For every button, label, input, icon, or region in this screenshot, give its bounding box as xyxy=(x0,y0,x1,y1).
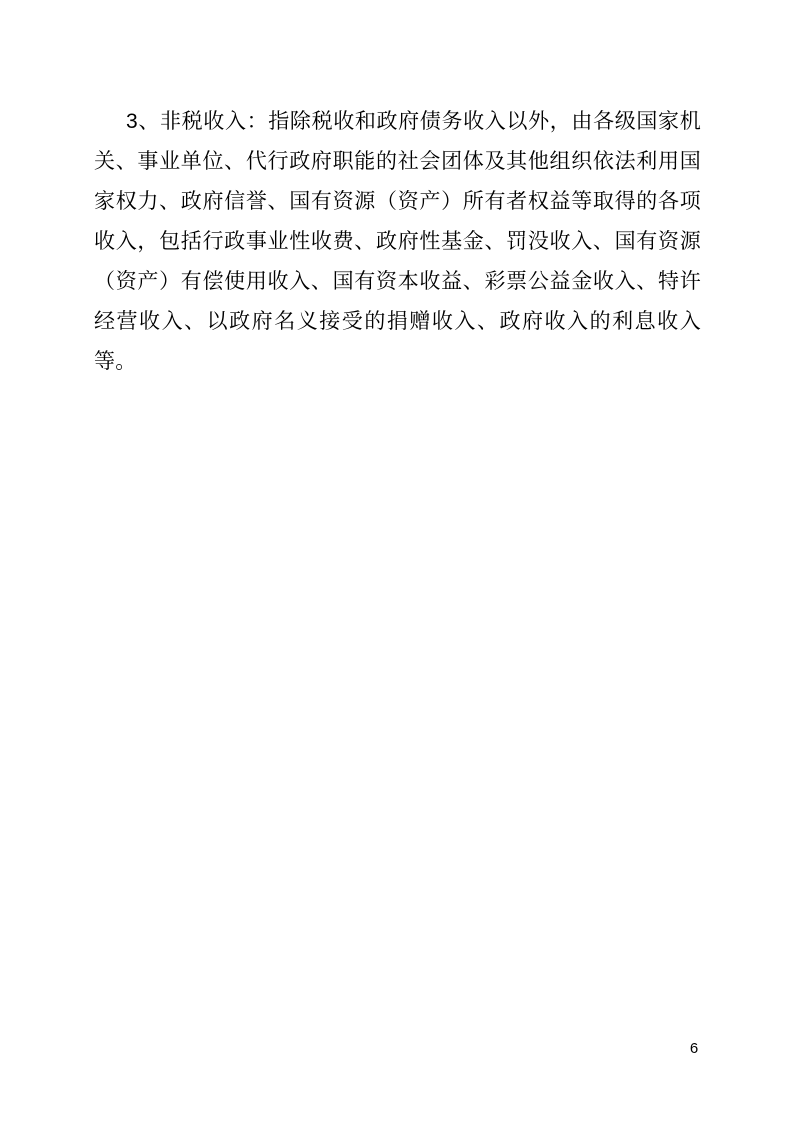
document-page: 3、非税收入：指除税收和政府债务收入以外，由各级国家机关、事业单位、代行政府职能… xyxy=(0,0,794,1123)
body-paragraph: 3、非税收入：指除税收和政府债务收入以外，由各级国家机关、事业单位、代行政府职能… xyxy=(94,102,701,382)
page-number: 6 xyxy=(682,1040,706,1058)
